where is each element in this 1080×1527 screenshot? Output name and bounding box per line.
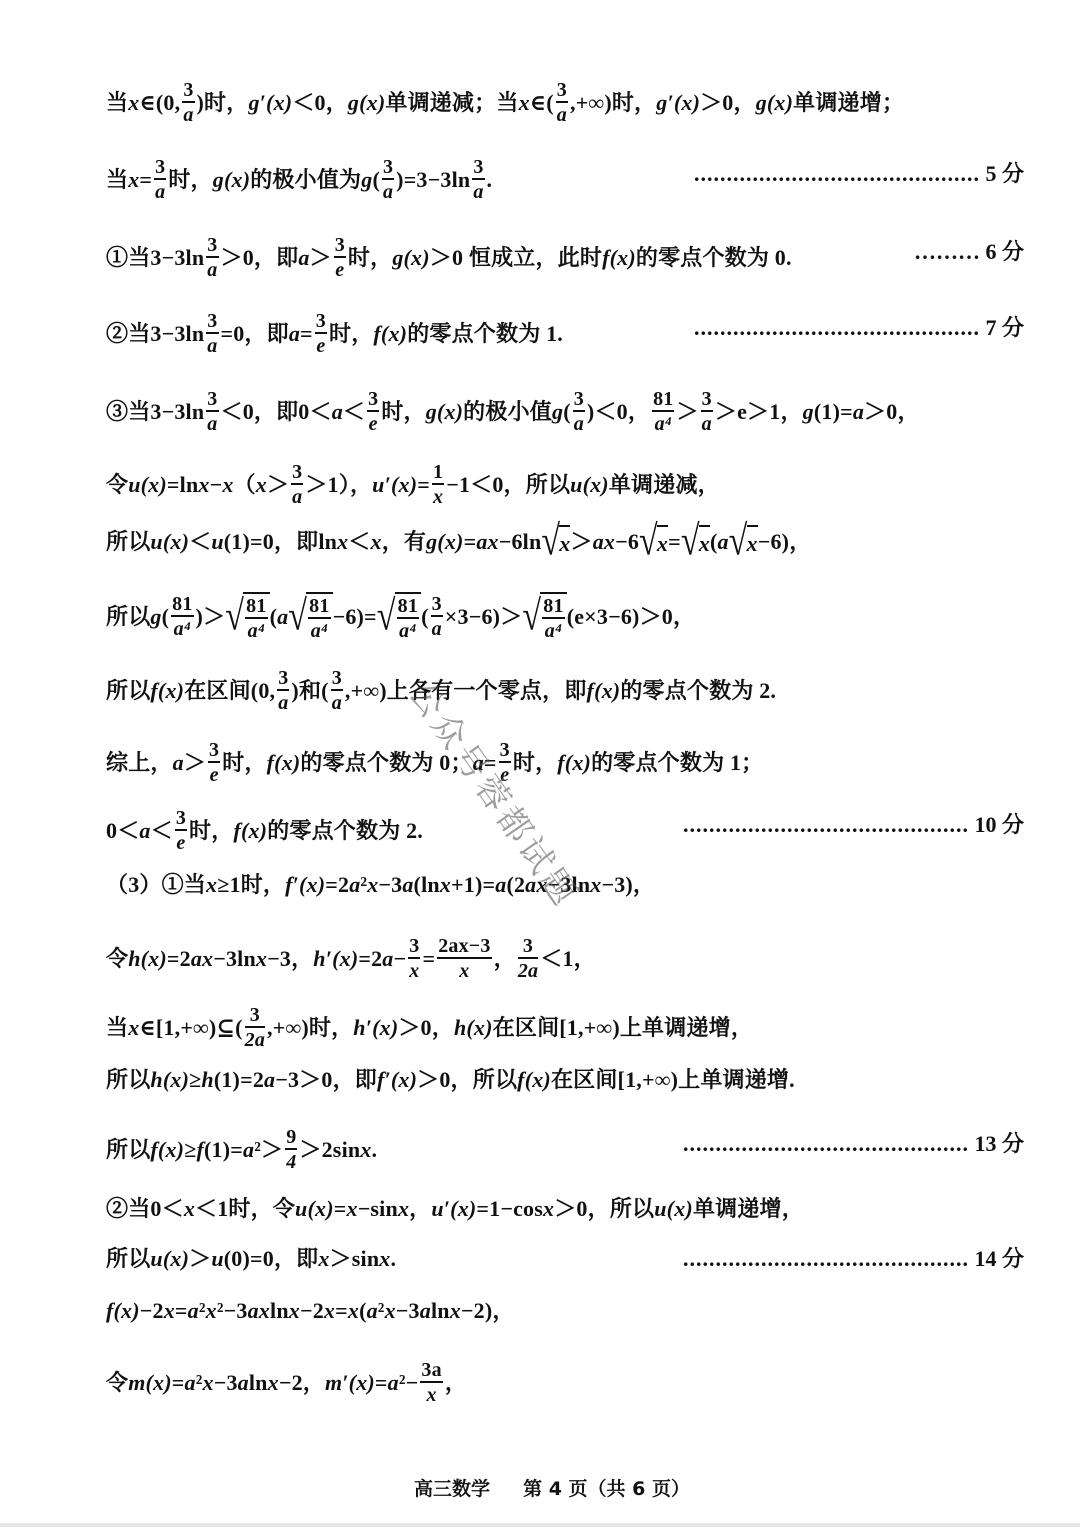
- math-expression: m(x): [128, 1368, 172, 1398]
- text-run: )＞: [196, 602, 226, 632]
- footer-page-number: 第 4 页（共 6 页）: [523, 1478, 690, 1500]
- text-run: ②当3−3ln: [106, 319, 204, 349]
- fraction-numerator: 3: [154, 157, 166, 178]
- fraction: 1x: [432, 462, 444, 507]
- fraction: 3ax: [420, 1360, 442, 1405]
- text-run: ＞sin: [330, 1244, 380, 1274]
- text-run: ＞1），: [305, 470, 372, 500]
- text-run: −: [210, 470, 223, 500]
- fraction-denominator: 2a: [518, 959, 538, 981]
- math-expression: a: [717, 527, 728, 557]
- text-run: ∈(: [530, 88, 554, 118]
- text-run: =: [335, 1296, 348, 1326]
- math-expression: u′(x): [431, 1194, 476, 1224]
- fraction: 81a⁴: [397, 596, 419, 641]
- text-run: 单调递减，: [609, 470, 720, 500]
- math-expression: ax: [191, 944, 213, 974]
- text-run: ①当3−3ln: [106, 243, 204, 273]
- solution-line: ②当0＜x＜1时，令u(x)=x−sinx，u′(x)=1−cosx＞0，所以u…: [106, 1192, 804, 1224]
- text-run: ＞e＞1，: [715, 397, 803, 427]
- radicand: x: [657, 525, 668, 559]
- solution-line: 令h(x)=2ax−3lnx−3，h′(x)=2a−3x=2ax−3x，32a＜…: [106, 936, 596, 981]
- fraction: 3e: [367, 389, 379, 434]
- text-run: ²−3: [217, 1296, 248, 1326]
- fraction-denominator: x: [459, 959, 469, 981]
- text-run: −1＜0，所以: [446, 470, 570, 500]
- text-run: =: [375, 1368, 388, 1398]
- math-expression: a: [289, 319, 300, 349]
- math-expression: f(x): [150, 1135, 184, 1165]
- text-run: 时，: [513, 748, 557, 778]
- math-expression: g(x): [213, 165, 250, 195]
- text-run: 所以: [106, 602, 150, 632]
- math-expression: u: [211, 527, 223, 557]
- fraction-denominator: e: [210, 763, 219, 785]
- radicand: 81a⁴: [243, 592, 269, 641]
- text-run: )和(: [291, 676, 328, 706]
- fraction-numerator: 81: [652, 389, 674, 410]
- solution-line: 当x=3a时，g(x)的极小值为g(3a)=3−3ln3a.: [106, 157, 492, 202]
- text-run: −3ln: [548, 870, 591, 900]
- math-expression: f(x): [557, 748, 591, 778]
- text-run: ＞0，即: [221, 243, 299, 273]
- footer-subject: 高三数学: [414, 1478, 490, 1500]
- solution-line: 所以u(x)＜u(1)=0，即lnx＜x，有g(x)=ax−6ln√x＞ax−6…: [106, 525, 811, 559]
- fraction: 3a: [277, 668, 289, 713]
- math-expression: x: [543, 1194, 554, 1224]
- fraction-numerator: 3: [573, 389, 585, 410]
- radicand: x: [747, 525, 758, 559]
- fraction-numerator: 3: [277, 668, 289, 689]
- solution-line: （3）①当x≥1时，f′(x)=2a²x−3a(lnx+1)=a(2ax−3ln…: [106, 868, 655, 900]
- math-expression: a: [173, 748, 184, 778]
- fraction-numerator: 3: [382, 157, 394, 178]
- math-expression: x: [203, 1368, 214, 1398]
- solution-line: 令u(x)=lnx−x（x＞3a＞1），u′(x)=1x−1＜0，所以u(x)单…: [106, 462, 720, 507]
- fraction: 3e: [499, 740, 511, 785]
- text-run: ＞0，: [398, 1013, 454, 1043]
- text-run: ＞2sin: [299, 1135, 360, 1165]
- radical-sign-icon: √: [288, 595, 307, 638]
- text-run: .: [372, 1135, 378, 1165]
- math-expression: f(x): [267, 748, 301, 778]
- fraction-denominator: e: [500, 763, 509, 785]
- radical-sign-icon: √: [225, 595, 244, 638]
- fraction-numerator: 81: [308, 596, 330, 617]
- math-expression: u: [211, 1244, 223, 1274]
- radical-sign-icon: √: [522, 595, 541, 638]
- text-run: −sin: [358, 1194, 398, 1224]
- math-expression: g′(x): [248, 88, 292, 118]
- text-run: ²: [378, 1296, 385, 1326]
- fraction: 3a: [382, 157, 394, 202]
- text-run: (2: [506, 870, 525, 900]
- text-run: ＜: [189, 527, 211, 557]
- fraction-denominator: 2a: [245, 1028, 265, 1050]
- math-expression: x: [128, 165, 139, 195]
- text-run: (: [162, 602, 170, 632]
- text-run: =1−cos: [476, 1194, 543, 1224]
- fraction: 81a⁴: [542, 596, 564, 641]
- math-expression: a: [243, 1135, 254, 1165]
- math-expression: g: [803, 397, 814, 427]
- fraction-numerator: 3: [291, 462, 303, 483]
- fraction: 3a: [573, 389, 585, 434]
- text-run: −6ln: [499, 527, 542, 557]
- radicand: 81a⁴: [306, 592, 332, 641]
- text-run: 时，: [329, 319, 373, 349]
- text-run: ＞: [189, 1244, 211, 1274]
- text-run: ＞: [267, 470, 289, 500]
- fraction: 3a: [472, 157, 484, 202]
- math-expression: g(x): [756, 88, 793, 118]
- text-run: ＞0，: [864, 397, 920, 427]
- math-expression: g(x): [392, 243, 429, 273]
- text-run: (1)=: [814, 397, 853, 427]
- radicand: 81a⁴: [395, 592, 421, 641]
- text-run: 的零点个数为 0；: [300, 748, 472, 778]
- radical-sign-icon: √: [639, 521, 658, 564]
- math-expression: x: [206, 1296, 217, 1326]
- square-root: √x: [681, 525, 710, 559]
- fraction: 3a: [206, 389, 218, 434]
- fraction: 3e: [208, 740, 220, 785]
- radical-sign-icon: √: [681, 521, 700, 564]
- text-run: =: [300, 319, 313, 349]
- fraction: 94: [285, 1127, 297, 1172]
- fraction-denominator: x: [427, 1383, 437, 1405]
- fraction-denominator: a: [207, 412, 217, 434]
- text-run: ²−: [399, 1368, 419, 1398]
- text-run: ≥: [184, 1135, 196, 1165]
- fraction-numerator: 3: [556, 80, 568, 101]
- math-expression: x: [184, 1194, 195, 1224]
- math-expression: a: [382, 944, 393, 974]
- math-expression: a: [402, 870, 413, 900]
- text-run: (e×3−6)＞0，: [567, 602, 696, 632]
- math-expression: u(x): [295, 1194, 334, 1224]
- solution-line: ③当3−3ln3a＜0，即0＜a＜3e时，g(x)的极小值g(3a)＜0，81a…: [106, 389, 920, 434]
- text-run: (: [359, 1296, 367, 1326]
- text-run: 0＜: [106, 816, 139, 846]
- text-run: 的极小值为: [250, 165, 361, 195]
- text-run: ＜1，: [540, 944, 596, 974]
- text-run: (1)=: [204, 1135, 243, 1165]
- fraction: 3a: [206, 311, 218, 356]
- text-run: =2: [325, 870, 349, 900]
- text-run: ∈(0,: [139, 88, 180, 118]
- math-expression: a: [185, 1368, 196, 1398]
- text-run: .: [390, 1244, 396, 1274]
- fraction-denominator: x: [409, 959, 419, 981]
- math-expression: x: [337, 527, 348, 557]
- text-run: 的零点个数为 0.: [636, 243, 792, 273]
- text-run: ＞: [676, 397, 698, 427]
- page-footer: 高三数学 第 4 页（共 6 页）: [414, 1474, 690, 1501]
- solution-line: f(x)−2x=a²x²−3axlnx−2x=x(a²x−3alnx−2)，: [106, 1294, 515, 1326]
- text-run: 时，: [381, 397, 425, 427]
- text-run: =2: [167, 944, 191, 974]
- text-run: ＜1时，令: [195, 1194, 295, 1224]
- math-expression: a: [277, 602, 288, 632]
- text-run: 所以: [106, 1135, 150, 1165]
- leader-dots: ........................................…: [694, 315, 980, 340]
- text-run: =: [172, 1368, 185, 1398]
- radicand-text: x: [657, 529, 668, 559]
- math-expression: a: [298, 243, 309, 273]
- fraction: 3e: [175, 808, 187, 853]
- fraction: 32a: [518, 936, 538, 981]
- text-run: 时，: [222, 748, 266, 778]
- solution-line: 所以f(x)≥f(1)=a²＞94＞2sinx.: [106, 1127, 377, 1172]
- text-run: .: [487, 165, 493, 195]
- text-run: =: [175, 1296, 188, 1326]
- math-expression: x: [268, 1368, 279, 1398]
- solution-line: 综上，a＞3e时，f(x)的零点个数为 0；a=3e时，f(x)的零点个数为 1…: [106, 740, 763, 785]
- text-run: ＞0 恒成立，此时: [430, 243, 602, 273]
- fraction-denominator: a⁴: [545, 619, 562, 641]
- fraction-denominator: e: [316, 334, 325, 356]
- text-run: ＜: [343, 397, 365, 427]
- fraction: 3a: [701, 389, 713, 434]
- text-run: −6)=: [333, 602, 377, 632]
- fraction: 3a: [331, 668, 343, 713]
- radicand: x: [559, 525, 570, 559]
- fraction-denominator: a: [183, 103, 193, 125]
- fraction-numerator: 3: [206, 235, 218, 256]
- fraction: 2ax−3x: [437, 936, 491, 981]
- text-run: ≥: [189, 1065, 201, 1095]
- math-expression: f(x): [373, 319, 407, 349]
- math-expression: u(x): [150, 1244, 189, 1274]
- math-expression: f: [196, 1135, 204, 1165]
- score-marker: ........................................…: [683, 808, 1024, 839]
- fraction: 32a: [245, 1005, 265, 1050]
- solution-line: 所以g(81a⁴)＞√81a⁴(a√81a⁴−6)=√81a⁴(3a×3−6)＞…: [106, 592, 695, 641]
- text-run: −6: [615, 527, 639, 557]
- text-run: ＞: [570, 527, 592, 557]
- fraction: 3e: [334, 235, 346, 280]
- fraction-numerator: 3: [208, 740, 220, 761]
- text-run: 单调递增，: [693, 1194, 804, 1224]
- text-run: ²: [199, 1296, 206, 1326]
- fraction-numerator: 3: [206, 311, 218, 332]
- math-expression: x: [371, 527, 382, 557]
- math-expression: a: [495, 870, 506, 900]
- math-expression: a: [238, 1368, 249, 1398]
- fraction: 3a: [154, 157, 166, 202]
- fraction-numerator: 3a: [420, 1360, 442, 1381]
- text-run: (: [563, 397, 571, 427]
- math-expression: u(x): [150, 527, 189, 557]
- fraction-numerator: 81: [245, 596, 267, 617]
- fraction-denominator: a: [332, 691, 342, 713]
- radicand: 81a⁴: [540, 592, 566, 641]
- text-run: 时，: [168, 165, 212, 195]
- math-expression: a: [388, 1368, 399, 1398]
- math-expression: f(x): [233, 816, 267, 846]
- math-expression: x: [256, 944, 267, 974]
- text-run: ＜0，: [292, 88, 348, 118]
- text-run: =: [334, 1194, 347, 1224]
- fraction: 81a⁴: [171, 594, 193, 639]
- fraction-numerator: 3: [367, 389, 379, 410]
- square-root: √x: [541, 525, 570, 559]
- math-expression: x: [289, 1296, 300, 1326]
- leader-dots: ........................................…: [683, 812, 969, 837]
- score-label: 7 分: [980, 315, 1024, 340]
- math-expression: x: [324, 1296, 335, 1326]
- text-run: 所以: [106, 1065, 150, 1095]
- text-run: =0，即: [221, 319, 289, 349]
- text-run: 在区间[1,+∞)上单调递增，: [493, 1013, 753, 1043]
- fraction-denominator: a: [574, 412, 584, 434]
- text-run: −3，: [267, 944, 313, 974]
- fraction: 3a: [556, 80, 568, 125]
- fraction: 3a: [291, 462, 303, 507]
- radicand: x: [699, 525, 710, 559]
- text-run: )时，: [197, 88, 249, 118]
- fraction-denominator: a: [557, 103, 567, 125]
- math-expression: h: [201, 1065, 213, 1095]
- math-expression: g: [552, 397, 563, 427]
- fraction-denominator: a: [155, 180, 165, 202]
- text-run: −3: [378, 870, 402, 900]
- text-run: 的零点个数为 2.: [267, 816, 423, 846]
- fraction: 81a⁴: [308, 596, 330, 641]
- text-run: =: [139, 165, 152, 195]
- text-run: −3＞0，即: [275, 1065, 377, 1095]
- math-expression: x: [256, 470, 267, 500]
- text-run: 单调递减；当: [385, 88, 518, 118]
- math-expression: x: [360, 1135, 371, 1165]
- text-run: ＞: [310, 243, 332, 273]
- text-run: )=3−3ln: [396, 165, 470, 195]
- text-run: =: [422, 944, 435, 974]
- leader-dots: ........................................…: [683, 1131, 969, 1156]
- fraction-denominator: a: [207, 334, 217, 356]
- text-run: (1)=0，即ln: [224, 527, 337, 557]
- text-run: −3: [396, 1296, 420, 1326]
- text-run: ＜: [151, 816, 173, 846]
- text-run: ∈[1,+∞)⊆(: [139, 1013, 242, 1043]
- fraction-denominator: a⁴: [399, 619, 416, 641]
- math-expression: a: [349, 870, 360, 900]
- fraction-numerator: 1: [432, 462, 444, 483]
- text-run: 的零点个数为 1.: [407, 319, 563, 349]
- text-run: (1)=2: [214, 1065, 264, 1095]
- fraction-denominator: e: [369, 412, 378, 434]
- math-expression: g: [361, 165, 372, 195]
- text-run: (0)=0，即: [224, 1244, 319, 1274]
- fraction-numerator: 3: [431, 594, 443, 615]
- math-expression: x: [164, 1296, 175, 1326]
- solution-line: 所以h(x)≥h(1)=2a−3＞0，即f′(x)＞0，所以f(x)在区间[1,…: [106, 1063, 795, 1095]
- radicand-text: x: [559, 529, 570, 559]
- fraction-denominator: a: [207, 258, 217, 280]
- text-run: −2)，: [461, 1296, 515, 1326]
- score-label: 13 分: [969, 1131, 1024, 1156]
- math-expression: u(x): [570, 470, 609, 500]
- fraction-numerator: 3: [499, 740, 511, 761]
- math-expression: a: [367, 1296, 378, 1326]
- text-run: ,+∞)上各有一个零点，即: [345, 676, 587, 706]
- fraction-denominator: 4: [286, 1150, 296, 1172]
- square-root-of-fraction: √81a⁴: [377, 592, 421, 641]
- text-run: ，有: [382, 527, 426, 557]
- fraction-numerator: 3: [331, 668, 343, 689]
- fraction-denominator: e: [176, 831, 185, 853]
- fraction-denominator: a⁴: [655, 412, 672, 434]
- math-expression: h(x): [150, 1065, 189, 1095]
- radicand-text: x: [699, 529, 710, 559]
- fraction: 3x: [408, 936, 420, 981]
- score-label: 14 分: [969, 1246, 1024, 1271]
- leader-dots: ........................................…: [683, 1246, 969, 1271]
- math-expression: x: [346, 1194, 357, 1224]
- math-expression: f(x): [517, 1065, 551, 1095]
- radicand-text: x: [747, 529, 758, 559]
- math-expression: g(x): [426, 527, 463, 557]
- math-expression: a: [264, 1065, 275, 1095]
- text-run: ＞0，所以: [417, 1065, 517, 1095]
- text-run: +1)=: [451, 870, 495, 900]
- fraction: 3a: [206, 235, 218, 280]
- text-run: (: [270, 602, 278, 632]
- text-run: =: [668, 527, 681, 557]
- fraction-denominator: a: [473, 180, 483, 202]
- fraction-denominator: e: [335, 258, 344, 280]
- square-root-of-fraction: √81a⁴: [288, 592, 332, 641]
- math-expression: h′(x): [353, 1013, 398, 1043]
- math-expression: x: [398, 1194, 409, 1224]
- text-run: (ln: [414, 870, 440, 900]
- text-run: 综上，: [106, 748, 173, 778]
- score-marker: ........................................…: [683, 1127, 1024, 1158]
- math-expression: g(x): [348, 88, 385, 118]
- text-run: ，: [494, 944, 516, 974]
- math-expression: m′(x): [325, 1368, 375, 1398]
- score-label: 5 分: [980, 161, 1024, 186]
- text-run: =: [417, 470, 430, 500]
- text-run: −6)，: [758, 527, 812, 557]
- fraction-numerator: 81: [171, 594, 193, 615]
- math-expression: x: [128, 88, 139, 118]
- math-expression: u(x): [654, 1194, 693, 1224]
- fraction-numerator: 3: [334, 235, 346, 256]
- solution-line: ②当3−3ln3a=0，即a=3e时，f(x)的零点个数为 1.: [106, 311, 563, 356]
- text-run: ，: [409, 1194, 431, 1224]
- text-run: 的零点个数为 2.: [620, 676, 776, 706]
- math-expression: h′(x): [313, 944, 358, 974]
- square-root: √x: [639, 525, 668, 559]
- math-expression: a: [853, 397, 864, 427]
- solution-line: 当x∈[1,+∞)⊆(32a,+∞)时，h′(x)＞0，h(x)在区间[1,+∞…: [106, 1005, 753, 1050]
- fraction-numerator: 3: [472, 157, 484, 178]
- radical-sign-icon: √: [541, 521, 560, 564]
- solution-line: 所以f(x)在区间(0,3a)和(3a,+∞)上各有一个零点，即f(x)的零点个…: [106, 668, 776, 713]
- text-run: 当: [106, 88, 128, 118]
- radical-sign-icon: √: [729, 521, 748, 564]
- text-run: ＜0，即0＜: [221, 397, 332, 427]
- text-run: 的零点个数为 1；: [591, 748, 763, 778]
- math-expression: ax: [476, 527, 498, 557]
- text-run: 时，: [348, 243, 392, 273]
- math-expression: a: [188, 1296, 199, 1326]
- text-run: ²: [196, 1368, 203, 1398]
- fraction-numerator: 3: [408, 936, 420, 957]
- score-marker: ........................................…: [694, 157, 1024, 188]
